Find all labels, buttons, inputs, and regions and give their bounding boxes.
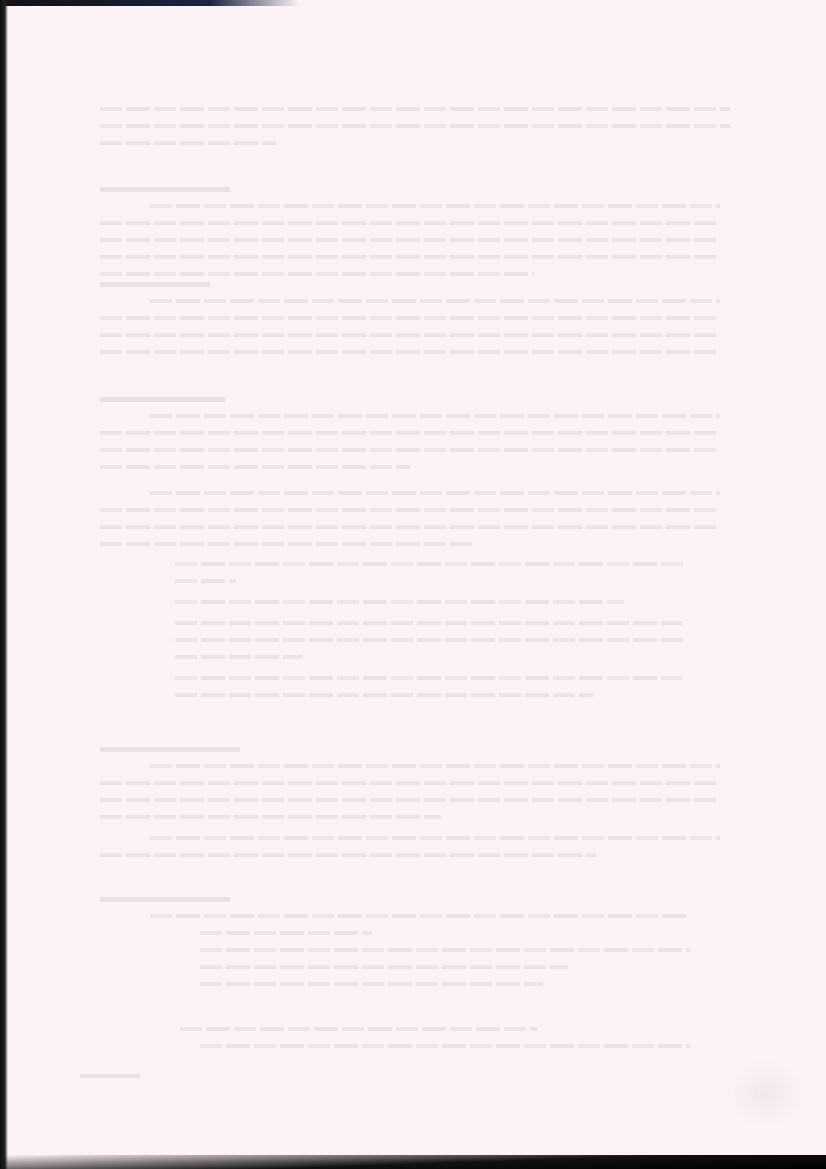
section-3-paragraph-1: [illegible paragraph, 4 lines] (100, 757, 720, 825)
section-2-heading: [illegible heading] (100, 390, 225, 407)
section-2-paragraph-2: [illegible paragraph, 4 lines] (100, 484, 720, 552)
section-1-subheading: [illegible subheading] (100, 275, 210, 292)
intro-paragraph: [illegible paragraph, 3 lines] (100, 100, 730, 151)
list-item: [illegible list item, 3 lines] (175, 614, 685, 665)
footer-mark: [illegible mark] (80, 1072, 140, 1080)
section-4-heading: [illegible heading] (100, 890, 230, 907)
list-item: [illegible list item, 1 line] (175, 593, 685, 610)
list-item: [illegible list item, 2 lines] (175, 669, 685, 703)
section-1-heading: [illegible heading] (100, 180, 230, 197)
section-3-paragraph-2: [illegible paragraph, 2 lines] (100, 829, 720, 863)
scanner-edge-bottom (0, 1155, 826, 1169)
scan-smudge (726, 1059, 806, 1129)
section-1-subparagraph: [illegible paragraph, 4 lines] (100, 292, 720, 360)
scanner-edge-left (0, 0, 8, 1169)
section-1-paragraph: [illegible paragraph, 5 lines] (100, 197, 720, 282)
section-3-heading: [illegible heading] (100, 740, 240, 757)
section-4-paragraph-1: [illegible indented text, 5 lines] (150, 907, 690, 992)
scanner-edge-top (0, 0, 300, 6)
section-4-paragraph-2: [illegible indented text, 2 lines] (150, 1020, 690, 1054)
section-2-list: [illegible list item, 2 lines] [illegibl… (175, 555, 685, 703)
section-2-paragraph-1: [illegible paragraph, 4 lines] (100, 407, 720, 475)
